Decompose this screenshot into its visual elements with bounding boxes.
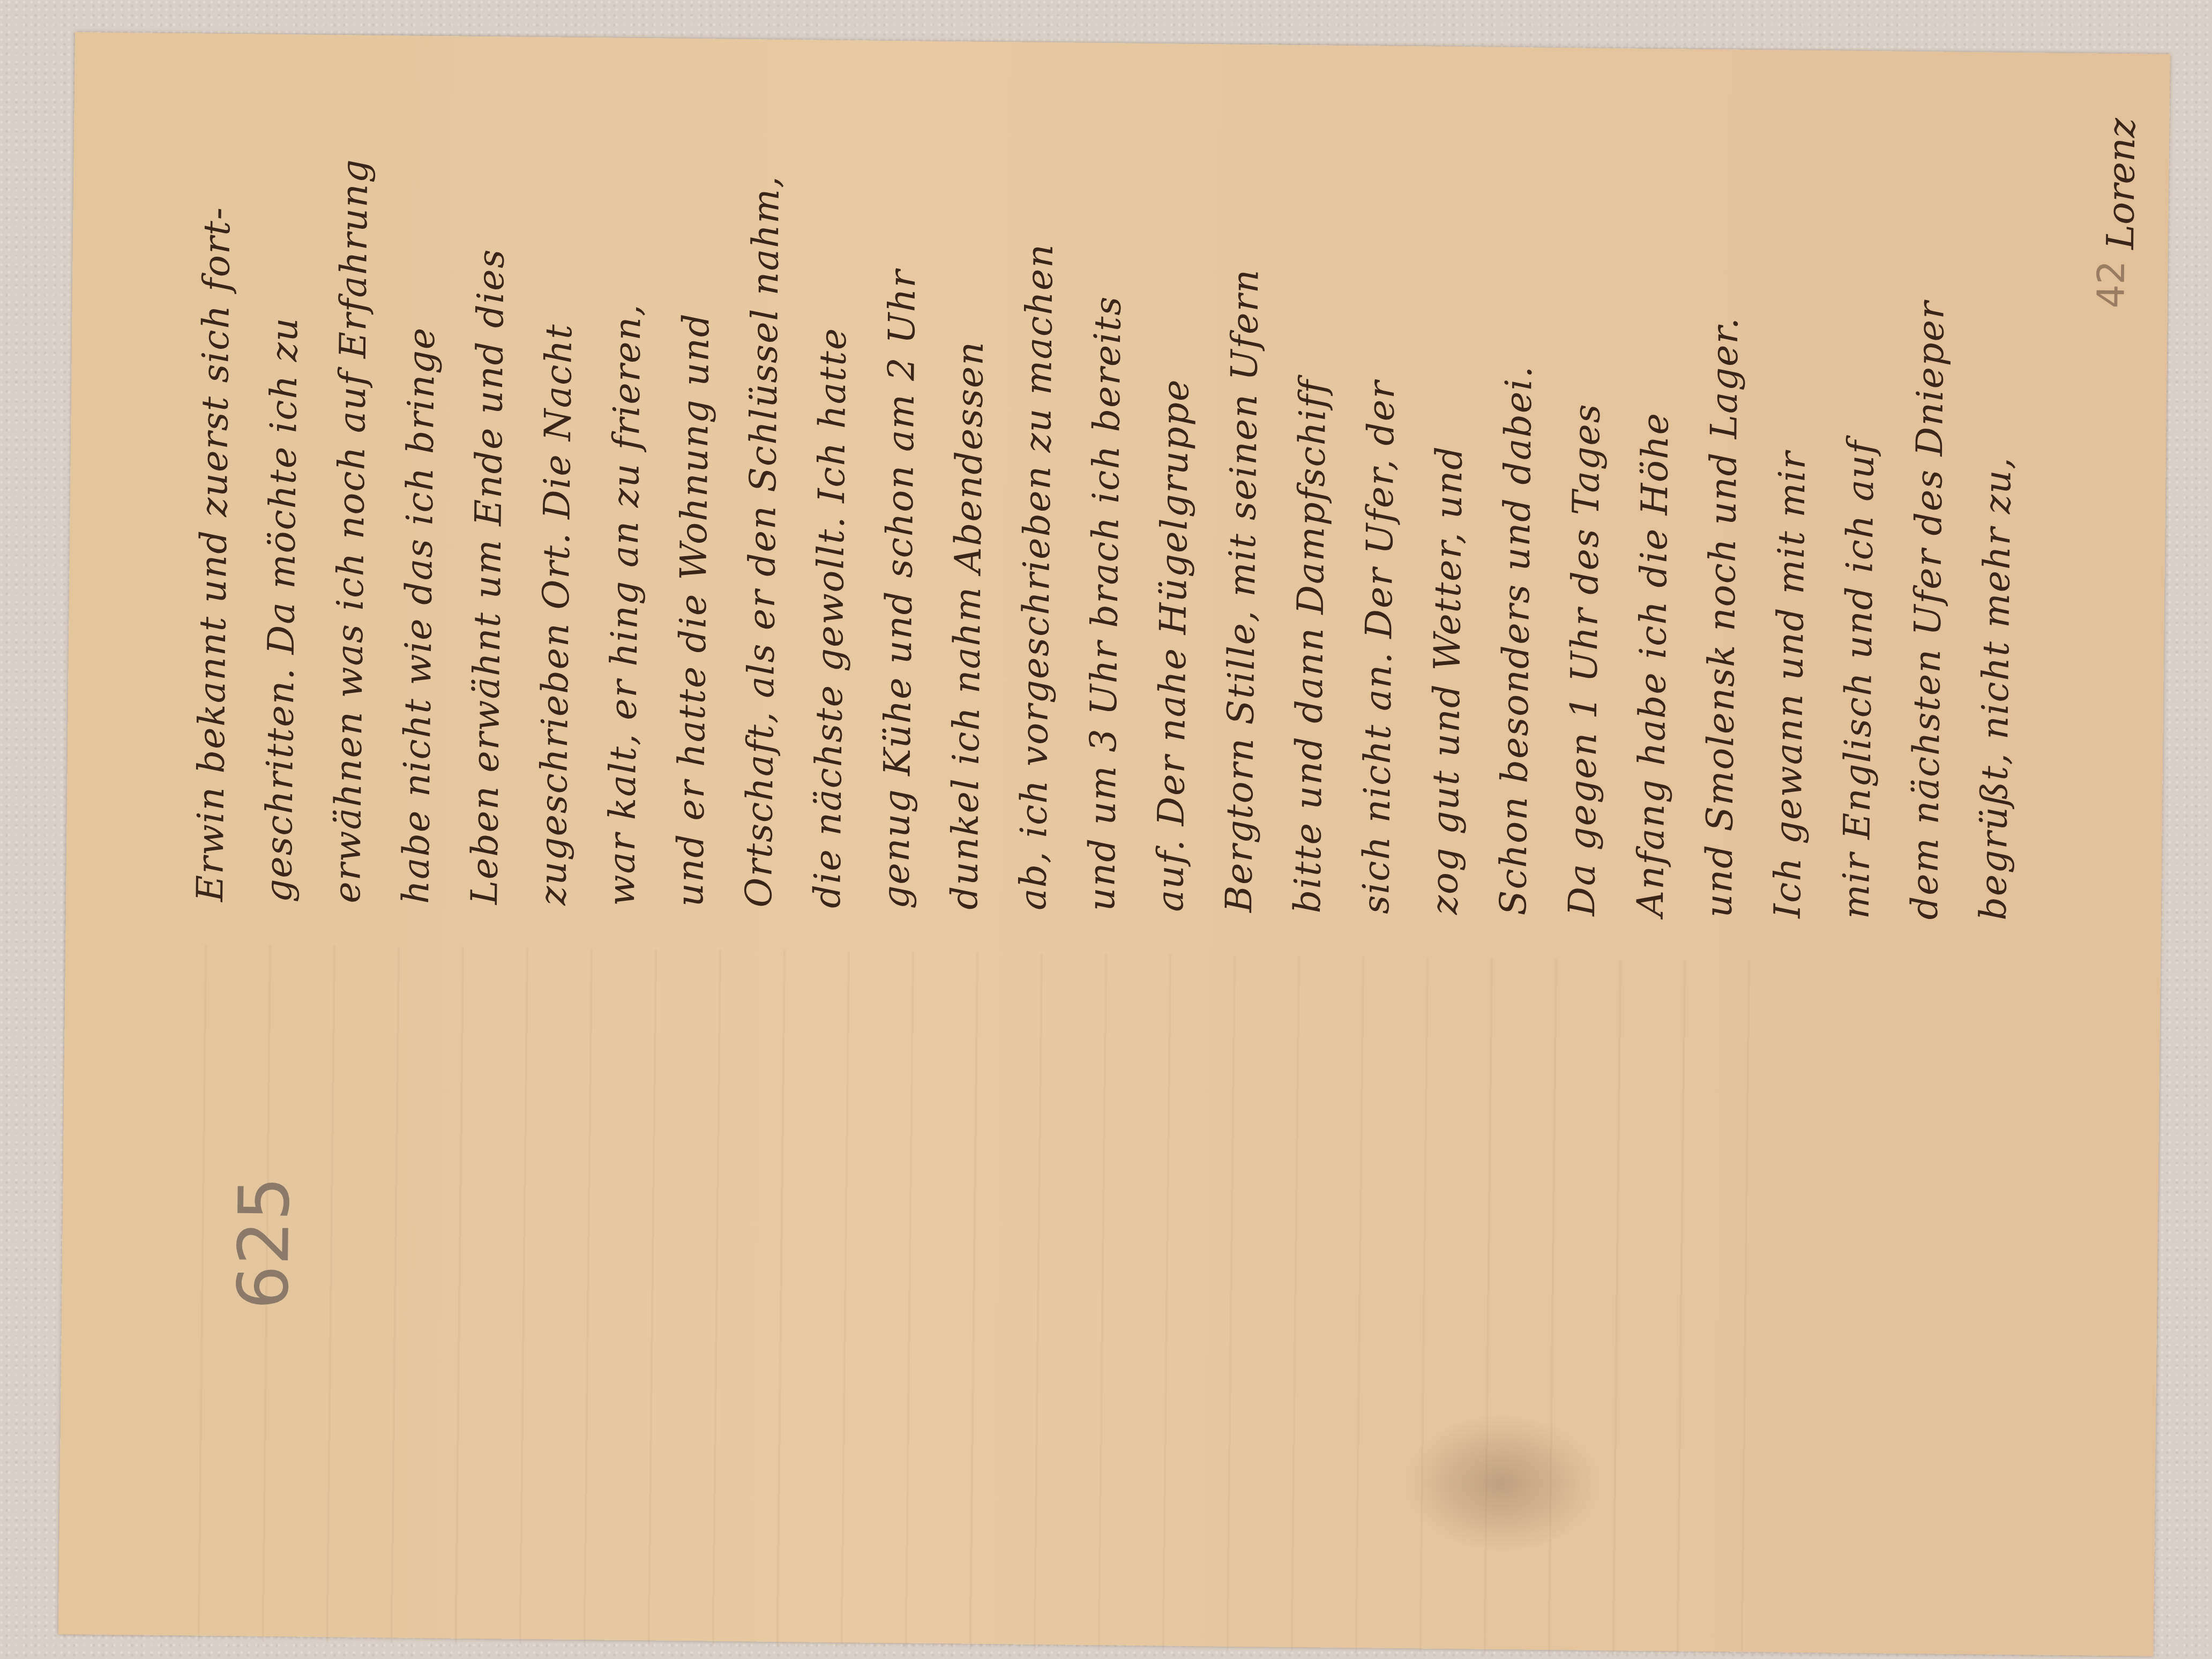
text-line: und er hatte die Wohnung und — [669, 103, 720, 907]
paper-sheet: Erwin bekannt und zuerst sich fort-gesch… — [58, 32, 2170, 1656]
text-line: war kalt, er hing an zu frieren, — [601, 102, 652, 906]
pencil-page-number: 625 — [222, 1176, 305, 1310]
text-line: Ich gewann und mit mir — [1767, 114, 1818, 918]
text-line: und Smolensk noch und Lager. — [1698, 114, 1749, 918]
text-line: begrüßt, nicht mehr zu, — [1972, 116, 2023, 921]
text-line: ab, ich vorgeschrieben zu machen — [1012, 106, 1063, 910]
text-line: Erwin bekannt und zuerst sich fort- — [189, 98, 240, 902]
text-line: geschritten. Da möchte ich zu — [258, 99, 309, 903]
text-line: mir Englisch und ich auf — [1835, 115, 1886, 920]
text-line: Ortschaft, als er den Schlüssel nahm, — [738, 103, 789, 908]
text-line: habe nicht wie das ich bringe — [395, 100, 446, 904]
text-line: zog gut und Wetter, und — [1424, 111, 1475, 915]
text-line: Bergtorn Stille, mit seinen Ufern — [1218, 109, 1269, 913]
text-line: auf. Der nahe Hügelgruppe — [1149, 108, 1200, 912]
text-line: genug Kühe und schon am 2 Uhr — [875, 105, 926, 909]
folio-number: 42 — [2089, 260, 2133, 309]
text-line: Leben erwähnt um Ende und dies — [464, 101, 514, 905]
handwritten-text: Erwin bekannt und zuerst sich fort-gesch… — [58, 32, 2170, 1656]
text-line: die nächste gewollt. Ich hatte — [806, 104, 857, 908]
signature-fragment: Lorenz — [2098, 118, 2144, 250]
text-line: zugeschrieben Ort. Die Nacht — [532, 101, 583, 906]
text-line: dunkel ich nahm Abendessen — [944, 106, 995, 910]
text-line: erwähnen was ich noch auf Erfahrung — [326, 99, 377, 903]
text-line: Schon besonders und dabei. — [1492, 111, 1543, 916]
text-line: dem nächsten Ufer des Dnieper — [1904, 116, 1955, 920]
text-line: bitte und dann Dampfschiff — [1287, 109, 1337, 914]
text-line: sich nicht an. Der Ufer, der — [1355, 110, 1406, 914]
text-line: und um 3 Uhr brach ich bereits — [1081, 107, 1132, 911]
text-line: Da gegen 1 Uhr des Tages — [1561, 112, 1612, 916]
text-line: Anfang habe ich die Höhe — [1630, 113, 1680, 917]
